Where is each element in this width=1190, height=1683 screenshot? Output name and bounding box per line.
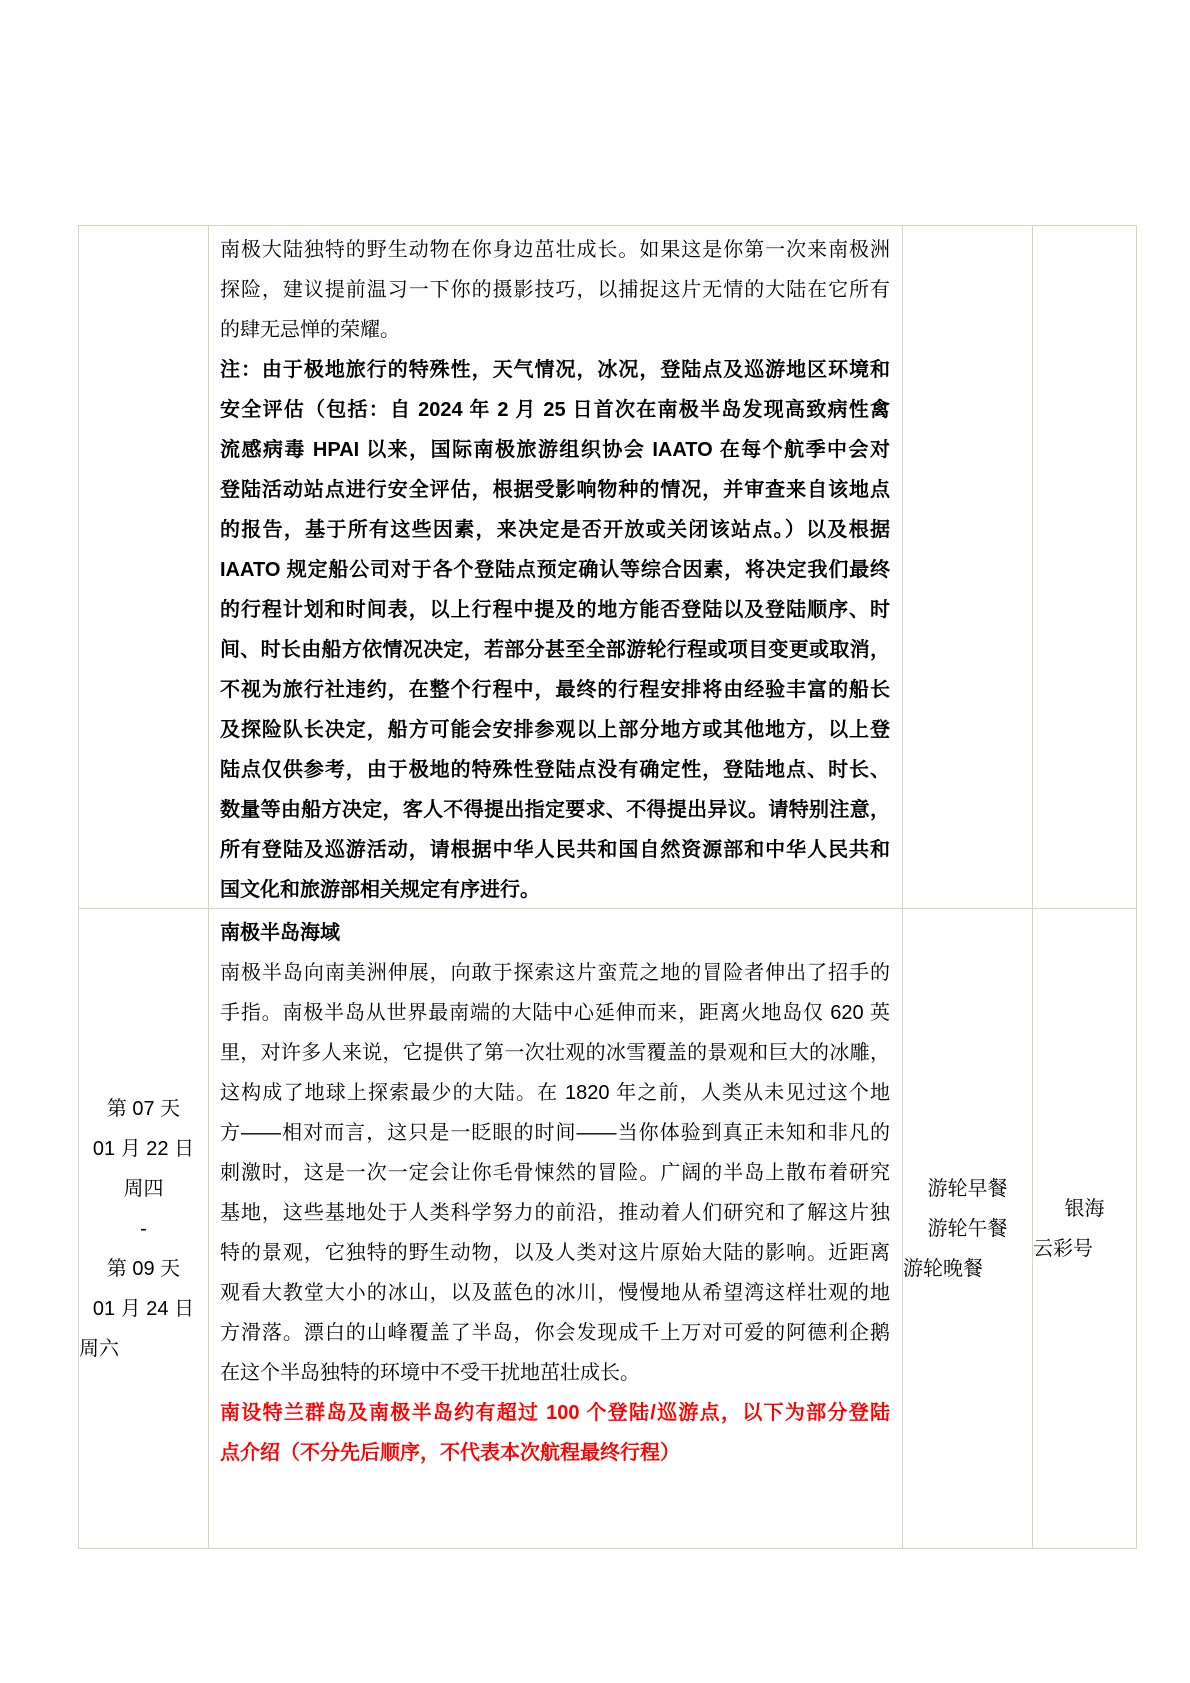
text-line: 的肆无忌惮的荣耀。 xyxy=(220,310,890,350)
ship-line: 银海 xyxy=(1033,1189,1136,1229)
note-line: IAATO 规定船公司对于各个登陆点预定确认等综合因素，将决定我们最终 xyxy=(220,550,890,590)
note-line: 的报告，基于所有这些因素，来决定是否开放或关闭该站点。）以及根据 xyxy=(220,510,890,550)
description-paragraph: 南极大陆独特的野生动物在你身边茁壮成长。如果这是你第一次来南极洲探险，建议提前温… xyxy=(220,230,890,350)
note-line: 国文化和旅游部相关规定有序进行。 xyxy=(220,870,890,909)
note-paragraph: 注：由于极地旅行的特殊性，天气情况，冰况，登陆点及巡游地区环境和安全评估（包括：… xyxy=(220,350,890,909)
ship-cell xyxy=(1033,226,1137,909)
day-line: 第 09 天 xyxy=(79,1249,208,1289)
text-line: 方——相对而言，这只是一眨眼的时间——当你体验到真正未知和非凡的 xyxy=(220,1113,890,1153)
meal-line: 游轮午餐 xyxy=(903,1209,1032,1249)
day-cell xyxy=(79,226,209,909)
note-line: 安全评估（包括：自 2024 年 2 月 25 日首次在南极半岛发现高致病性禽 xyxy=(220,390,890,430)
note-line: 数量等由船方决定，客人不得提出指定要求、不得提出异议。请特别注意， xyxy=(220,790,890,830)
note-line: 的行程计划和时间表，以上行程中提及的地方能否登陆以及登陆顺序、时 xyxy=(220,590,890,630)
text-line: 南极大陆独特的野生动物在你身边茁壮成长。如果这是你第一次来南极洲 xyxy=(220,230,890,270)
text-line: 刺激时，这是一次一定会让你毛骨悚然的冒险。广阔的半岛上散布着研究 xyxy=(220,1153,890,1193)
meal-line: 游轮晚餐 xyxy=(903,1249,1032,1289)
day-line: 01 月 22 日 xyxy=(79,1129,208,1169)
highlight-paragraph: 南设特兰群岛及南极半岛约有超过 100 个登陆/巡游点，以下为部分登陆点介绍（不… xyxy=(220,1393,890,1473)
note-line: 登陆活动站点进行安全评估，根据受影响物种的情况，并审查来自该地点 xyxy=(220,470,890,510)
highlight-line: 南设特兰群岛及南极半岛约有超过 100 个登陆/巡游点，以下为部分登陆 xyxy=(220,1393,890,1433)
text-line: 手指。南极半岛从世界最南端的大陆中心延伸而来，距离火地岛仅 620 英 xyxy=(220,993,890,1033)
day-line: 周四 xyxy=(79,1169,208,1209)
note-line: 流感病毒 HPAI 以来，国际南极旅游组织协会 IAATO 在每个航季中会对 xyxy=(220,430,890,470)
note-line: 间、时长由船方依情况决定，若部分甚至全部游轮行程或项目变更或取消， xyxy=(220,630,890,670)
note-line: 及探险队长决定，船方可能会安排参观以上部分地方或其他地方，以上登 xyxy=(220,710,890,750)
note-line: 陆点仅供参考，由于极地的特殊性登陆点没有确定性，登陆地点、时长、 xyxy=(220,750,890,790)
day-line: 01 月 24 日 xyxy=(79,1289,208,1329)
text-line: 这构成了地球上探索最少的大陆。在 1820 年之前，人类从未见过这个地 xyxy=(220,1073,890,1113)
ship-line: 云彩号 xyxy=(1033,1229,1136,1269)
title-line: 南极半岛海域 xyxy=(220,913,890,953)
note-line: 注：由于极地旅行的特殊性，天气情况，冰况，登陆点及巡游地区环境和 xyxy=(220,350,890,390)
note-line: 不视为旅行社违约，在整个行程中，最终的行程安排将由经验丰富的船长 xyxy=(220,670,890,710)
day-line: 第 07 天 xyxy=(79,1089,208,1129)
section-title: 南极半岛海域 xyxy=(220,913,890,953)
text-line: 探险，建议提前温习一下你的摄影技巧，以捕捉这片无情的大陆在它所有 xyxy=(220,270,890,310)
description-cell: 南极半岛海域 南极半岛向南美洲伸展，向敢于探索这片蛮荒之地的冒险者伸出了招手的手… xyxy=(209,909,903,1549)
text-line: 观看大教堂大小的冰山，以及蓝色的冰川，慢慢地从希望湾这样壮观的地 xyxy=(220,1273,890,1313)
highlight-line: 点介绍（不分先后顺序，不代表本次航程最终行程） xyxy=(220,1433,890,1473)
itinerary-table: 南极大陆独特的野生动物在你身边茁壮成长。如果这是你第一次来南极洲探险，建议提前温… xyxy=(78,225,1137,1549)
meal-line: 游轮早餐 xyxy=(903,1169,1032,1209)
text-line: 方滑落。漂白的山峰覆盖了半岛，你会发现成千上万对可爱的阿德利企鹅 xyxy=(220,1313,890,1353)
description-paragraph: 南极半岛向南美洲伸展，向敢于探索这片蛮荒之地的冒险者伸出了招手的手指。南极半岛从… xyxy=(220,953,890,1393)
day-cell: 第 07 天01 月 22 日周四-第 09 天01 月 24 日周六 xyxy=(79,909,209,1549)
text-line: 南极半岛向南美洲伸展，向敢于探索这片蛮荒之地的冒险者伸出了招手的 xyxy=(220,953,890,993)
text-line: 基地，这些基地处于人类科学努力的前沿，推动着人们研究和了解这片独 xyxy=(220,1193,890,1233)
text-line: 特的景观，它独特的野生动物，以及人类对这片原始大陆的影响。近距离 xyxy=(220,1233,890,1273)
document-page: 南极大陆独特的野生动物在你身边茁壮成长。如果这是你第一次来南极洲探险，建议提前温… xyxy=(0,0,1190,1683)
meals-cell xyxy=(903,226,1033,909)
day-line: 周六 xyxy=(79,1329,208,1369)
text-line: 在这个半岛独特的环境中不受干扰地茁壮成长。 xyxy=(220,1353,890,1393)
ship-cell: 银海云彩号 xyxy=(1033,909,1137,1549)
description-cell: 南极大陆独特的野生动物在你身边茁壮成长。如果这是你第一次来南极洲探险，建议提前温… xyxy=(209,226,903,909)
text-line: 里，对许多人来说，它提供了第一次壮观的冰雪覆盖的景观和巨大的冰雕， xyxy=(220,1033,890,1073)
day-line: - xyxy=(79,1209,208,1249)
meals-cell: 游轮早餐游轮午餐游轮晚餐 xyxy=(903,909,1033,1549)
note-line: 所有登陆及巡游活动，请根据中华人民共和国自然资源部和中华人民共和 xyxy=(220,830,890,870)
